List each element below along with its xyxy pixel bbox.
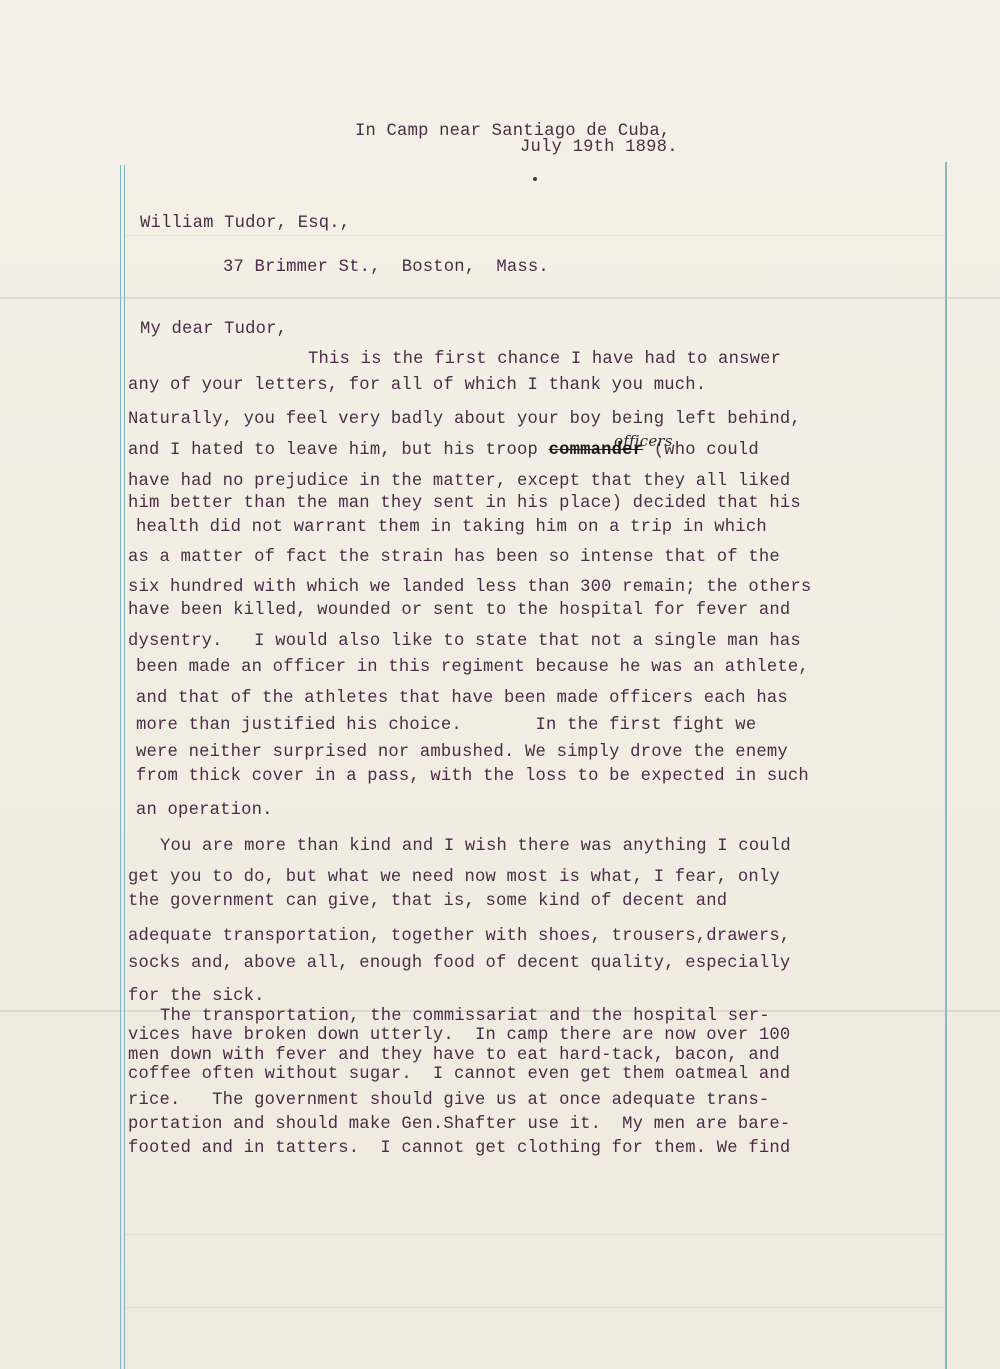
ruled-line: [125, 1234, 945, 1235]
body-line: men down with fever and they have to eat…: [128, 1046, 780, 1065]
body-line: any of your letters, for all of which I …: [128, 376, 706, 395]
body-line: as a matter of fact the strain has been …: [128, 548, 780, 567]
ruled-line: [125, 1307, 945, 1308]
body-line: Naturally, you feel very badly about you…: [128, 410, 801, 429]
body-line: get you to do, but what we need now most…: [128, 868, 780, 887]
body-line: dysentry. I would also like to state tha…: [128, 632, 801, 651]
body-line: The transportation, the commissariat and…: [160, 1007, 770, 1026]
body-line: have had no prejudice in the matter, exc…: [128, 472, 790, 491]
body-line: six hundred with which we landed less th…: [128, 578, 811, 597]
body-line: coffee often without sugar. I cannot eve…: [128, 1065, 790, 1084]
body-line: were neither surprised nor ambushed. We …: [136, 743, 788, 762]
handwritten-correction: officers: [614, 432, 673, 450]
body-line: vices have broken down utterly. In camp …: [128, 1026, 790, 1045]
body-line: portation and should make Gen.Shafter us…: [128, 1115, 790, 1134]
recipient-address: 37 Brimmer St., Boston, Mass.: [223, 258, 549, 277]
body-line: You are more than kind and I wish there …: [160, 837, 791, 856]
body-line: socks and, above all, enough food of dec…: [128, 954, 790, 973]
ruled-line: [125, 235, 945, 236]
body-line: adequate transportation, together with s…: [128, 927, 790, 946]
body-line: have been killed, wounded or sent to the…: [128, 601, 790, 620]
body-line: from thick cover in a pass, with the los…: [136, 767, 809, 786]
body-line: an operation.: [136, 801, 273, 820]
body-line: rice. The government should give us at o…: [128, 1091, 769, 1110]
recipient-name: William Tudor, Esq.,: [140, 214, 350, 233]
body-line: and that of the athletes that have been …: [136, 689, 788, 708]
letter-page: In Camp near Santiago de Cuba, July 19th…: [0, 0, 1000, 1369]
salutation: My dear Tudor,: [140, 320, 287, 339]
body-line: him better than the man they sent in his…: [128, 494, 801, 513]
decorative-dot: [533, 177, 537, 181]
body-line: the government can give, that is, some k…: [128, 892, 727, 911]
body-line: for the sick.: [128, 987, 265, 1006]
body-line: footed and in tatters. I cannot get clot…: [128, 1139, 790, 1158]
left-margin-rule: [120, 165, 125, 1369]
right-margin-rule: [945, 162, 947, 1369]
body-line: more than justified his choice. In the f…: [136, 716, 756, 735]
paper-fold: [0, 297, 1000, 299]
body-line: health did not warrant them in taking hi…: [136, 518, 767, 537]
body-line: been made an officer in this regiment be…: [136, 658, 809, 677]
heading-date: July 19th 1898.: [520, 138, 678, 157]
body-line: This is the first chance I have had to a…: [308, 350, 781, 369]
